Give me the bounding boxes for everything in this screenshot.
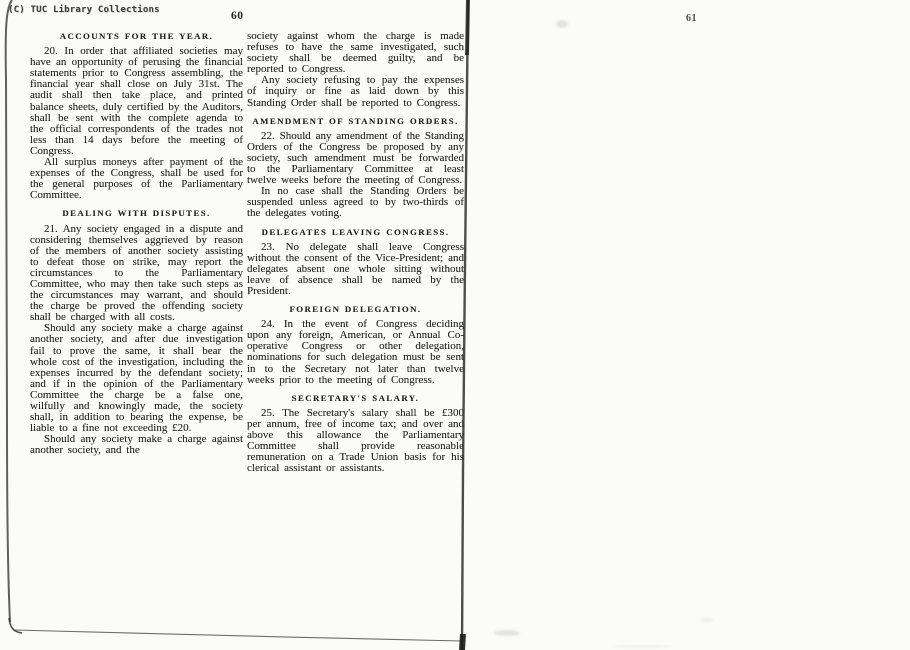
paragraph: Should any society make a charge against… xyxy=(30,434,243,456)
left-page-edge-line xyxy=(6,0,12,622)
standing-order-section: DELEGATES LEAVING CONGRESS.23. No delega… xyxy=(247,227,464,298)
page-number-left: 60 xyxy=(231,10,244,22)
section-heading: DEALING WITH DISPUTES. xyxy=(30,208,243,219)
paragraph: 25. The Secretary's salary shall be £300… xyxy=(247,408,464,475)
text-column-right: society against whom the charge is made … xyxy=(247,31,464,474)
scan-smudge xyxy=(700,618,714,622)
section-heading: SECRETARY'S SALARY. xyxy=(247,393,464,404)
page-number-right: 61 xyxy=(686,13,697,24)
paragraph: 22. Should any amendment of the Standing… xyxy=(247,131,464,186)
library-watermark: (C) TUC Library Collections xyxy=(8,5,160,15)
scan-smudge xyxy=(494,630,520,636)
page-bottom-edge-line xyxy=(14,630,462,641)
paragraph: All surplus moneys after payment of the … xyxy=(30,157,243,201)
section-heading: AMENDMENT OF STANDING ORDERS. xyxy=(247,116,464,127)
page-spine-top-dark xyxy=(467,0,468,55)
paragraph: 23. No delegate shall leave Congress wit… xyxy=(247,242,464,297)
section-heading: FOREIGN DELEGATION. xyxy=(247,304,464,315)
standing-order-section: DEALING WITH DISPUTES.21. Any society en… xyxy=(30,208,243,456)
paragraph: Should any society make a charge against… xyxy=(30,323,243,434)
page-spine-bottom-blob xyxy=(462,634,463,650)
standing-order-section: ACCOUNTS FOR THE YEAR.20. In order that … xyxy=(30,31,243,201)
standing-order-section: FOREIGN DELEGATION.24. In the event of C… xyxy=(247,304,464,386)
paragraph: 21. Any society engaged in a dispute and… xyxy=(30,224,243,324)
bottom-left-corner-hook xyxy=(9,618,22,633)
paragraph: Any society refusing to pay the expenses… xyxy=(247,75,464,108)
paragraph: 24. In the event of Congress deciding up… xyxy=(247,319,464,386)
standing-order-section: society against whom the charge is made … xyxy=(247,31,464,109)
text-column-left: ACCOUNTS FOR THE YEAR.20. In order that … xyxy=(30,31,243,456)
scanned-book-spread: (C) TUC Library Collections 60 61 ACCOUN… xyxy=(0,0,910,650)
section-heading: DELEGATES LEAVING CONGRESS. xyxy=(247,227,464,238)
scan-smudge xyxy=(556,20,568,28)
scan-smudge xyxy=(612,645,672,648)
paragraph: 20. In order that affiliated societies m… xyxy=(30,46,243,157)
standing-order-section: AMENDMENT OF STANDING ORDERS.22. Should … xyxy=(247,116,464,220)
paragraph: society against whom the charge is made … xyxy=(247,31,464,75)
paragraph: In no case shall the Standing Orders be … xyxy=(247,186,464,219)
section-heading: ACCOUNTS FOR THE YEAR. xyxy=(30,31,243,42)
standing-order-section: SECRETARY'S SALARY.25. The Secretary's s… xyxy=(247,393,464,475)
